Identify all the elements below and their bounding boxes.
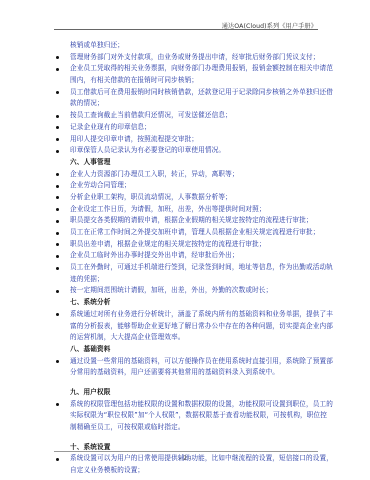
continuation-line: 围内，有相关借款的在报销时可同步核销； [54, 75, 320, 87]
bullet-icon [56, 196, 59, 199]
continuation-line: 分常用的基础资料，用户还需要将其他常用的基础资料录入到系统中。 [54, 367, 320, 379]
line-text: 员工在外勤时，可通过手机端进行签到，记录签到时间，地址等信息，作为出勤或活动轨 [70, 263, 333, 271]
bullet-item: 印章保管人员记录认为有必要登记的印章使用情况。 [54, 145, 320, 157]
bullet-icon [56, 220, 59, 223]
line-text: 款的情况； [70, 99, 104, 107]
bullet-item: 企业人力资源部门办理员工入职，转正，异动，离职等； [54, 169, 320, 181]
line-text: 员工借款后可在费用报销时同时核销借款，还款登记用于记录除同步核销之外单独归还借 [70, 88, 333, 96]
continuation-line: 制精确至员工，可按权限或临时指定。 [54, 422, 320, 434]
bullet-item: 系统的权限管理包括功能权限的设置和数据权限的设置，功能权限可设置到职位，员工的 [54, 399, 320, 411]
bullet-icon [56, 173, 59, 176]
line-text: 记录企业现有的印章信息； [70, 123, 151, 131]
bullet-icon [56, 68, 59, 71]
spacer [54, 379, 320, 387]
bullet-item: 职员出差申请，根据企业规定的相关规定按特定的流程进行审批； [54, 239, 320, 251]
line-text: 迹的凭据； [70, 275, 104, 283]
line-text: 核销或单独归还； [70, 41, 124, 49]
line-text: 实际权限为“职位权限”加“个人权限”，数据权限基于查看功能权限，可按机构，职位控 [70, 411, 327, 419]
line-text: 系统的权限管理包括功能权限的设置和数据权限的设置，功能权限可设置到职位，员工的 [70, 400, 333, 408]
line-text: 自定义业务模板的设置； [70, 466, 144, 474]
bullet-item: 管理财务部门对外支付款项，由业务或财务提出申请，经审批后财务部门凭议支付； [54, 52, 320, 64]
continuation-line: 实际权限为“职位权限”加“个人权限”，数据权限基于查看功能权限，可按机构，职位控 [54, 410, 320, 422]
section-heading: 九、用户权限 [54, 387, 320, 399]
bullet-icon [56, 150, 59, 153]
bullet-icon [56, 360, 59, 363]
continuation-line: 核销或单独归还； [54, 40, 320, 52]
header-rule [54, 29, 318, 30]
bullet-icon [56, 232, 59, 235]
bullet-icon [56, 56, 59, 59]
bullet-item: 员工在正常工作时间之外提交加班申请，管理人员根据企业相关规定流程进行审批； [54, 227, 320, 239]
line-text: 企业员工临时外出办事时提交外出申请，经审批后外出； [70, 251, 239, 259]
line-text: 通过设置一些常用的基础资料，可以方便操作员在使用系统时直接引用，系统除了预置部 [70, 357, 333, 365]
line-text: 围内，有相关借款的在报销时可同步核销； [70, 76, 198, 84]
section-heading: 八、基础资料 [54, 344, 320, 356]
line-text: 企业员工凭取得的相关业务票据，向财务部门办理费用报销，报销金额控制在相关申请范 [70, 64, 333, 72]
spacer [54, 434, 320, 442]
continuation-line: 富的分析报表，能够帮助企业更好地了解日常办公中存在的各种问题，切实提高企业内部 [54, 321, 320, 333]
line-text: 管理财务部门对外支付款项，由业务或财务提出申请，经审批后财务部门凭议支付； [70, 53, 320, 61]
line-text: 按一定期间范围统计请假，加班，出差，外出，外勤的次数或时长； [70, 286, 272, 294]
bullet-item: 系统通过对所有业务进行分析统计，涵盖了系统内所有的基础资料和业务单据，提供了丰 [54, 309, 320, 321]
line-text: 制精确至员工，可按权限或临时指定。 [70, 423, 185, 431]
continuation-line: 的运营机制，大大提高企业管理效率。 [54, 332, 320, 344]
bullet-item: 分析企业职工架构，职员流动情况，人事数据分析等； [54, 192, 320, 204]
footer-rule [54, 451, 318, 452]
line-text: 九、用户权限 [70, 388, 110, 396]
bullet-icon [56, 91, 59, 94]
bullet-item: 通过设置一些常用的基础资料，可以方便操作员在使用系统时直接引用，系统除了预置部 [54, 356, 320, 368]
bullet-item: 员工在外勤时，可通过手机端进行签到，记录签到时间，地址等信息，作为出勤或活动轨 [54, 262, 320, 274]
line-text: 系统通过对所有业务进行分析统计，涵盖了系统内所有的基础资料和业务单据，提供了丰 [70, 310, 333, 318]
section-heading: 七、系统分析 [54, 297, 320, 309]
continuation-line: 款的情况； [54, 98, 320, 110]
section-heading: 六、人事管理 [54, 157, 320, 169]
line-text: 按员工查询截止当前借款归还情况，可发送催还信息； [70, 111, 232, 119]
line-text: 企业设定工作日历，为请假，加班，出差，外出等提供时间对照； [70, 205, 266, 213]
line-text: 七、系统分析 [70, 298, 110, 306]
line-text: 员工在正常工作时间之外提交加班申请，管理人员根据企业相关规定流程进行审批； [70, 228, 320, 236]
line-text: 分析企业职工架构，职员流动情况，人事数据分析等； [70, 193, 232, 201]
bullet-icon [56, 138, 59, 141]
line-text: 八、基础资料 [70, 345, 110, 353]
bullet-item: 按员工查询截止当前借款归还情况，可发送催还信息； [54, 110, 320, 122]
continuation-line: 自定义业务模板的设置； [54, 465, 320, 477]
bullet-item: 按一定期间范围统计请假，加班，出差，外出，外勤的次数或时长； [54, 285, 320, 297]
line-text: 的运营机制，大大提高企业管理效率。 [70, 333, 185, 341]
bullet-item: 员工借款后可在费用报销时同时核销借款，还款登记用于记录除同步核销之外单独归还借 [54, 87, 320, 99]
continuation-line: 迹的凭据； [54, 274, 320, 286]
bullet-icon [56, 290, 59, 293]
bullet-item: 企业员工凭取得的相关业务票据，向财务部门办理费用报销，报销金额控制在相关申请范 [54, 63, 320, 75]
bullet-icon [56, 403, 59, 406]
bullet-item: 职员提交各类假期的请假申请，根据企业假期的相关规定按特定的流程进行审批； [54, 215, 320, 227]
bullet-icon [56, 208, 59, 211]
line-text: 企业劳动合同管理； [70, 181, 131, 189]
page-number: - 2 - [0, 455, 370, 462]
bullet-icon [56, 185, 59, 188]
bullet-item: 企业设定工作日历，为请假，加班，出差，外出等提供时间对照； [54, 204, 320, 216]
bullet-icon [56, 243, 59, 246]
bullet-item: 用印人提交印章申请，按照流程提交审批； [54, 134, 320, 146]
document-page: 通达OA(Cloud)系列《用户手册》 核销或单独归还；管理财务部门对外支付款项… [0, 0, 370, 480]
line-text: 职员提交各类假期的请假申请，根据企业假期的相关规定按特定的流程进行审批； [70, 216, 313, 224]
bullet-icon [56, 255, 59, 258]
line-text: 分常用的基础资料，用户还需要将其他常用的基础资料录入到系统中。 [70, 368, 279, 376]
page-body: 核销或单独归还；管理财务部门对外支付款项，由业务或财务提出申请，经审批后财务部门… [54, 40, 320, 477]
bullet-item: 记录企业现有的印章信息； [54, 122, 320, 134]
line-text: 十、系统设置 [70, 443, 110, 451]
line-text: 企业人力资源部门办理员工入职，转正，异动，离职等； [70, 170, 239, 178]
bullet-icon [56, 115, 59, 118]
line-text: 印章保管人员记录认为有必要登记的印章使用情况。 [70, 146, 225, 154]
bullet-item: 企业劳动合同管理； [54, 180, 320, 192]
line-text: 职员出差申请，根据企业规定的相关规定按特定的流程进行审批； [70, 240, 266, 248]
line-text: 用印人提交印章申请，按照流程提交审批； [70, 135, 198, 143]
line-text: 六、人事管理 [70, 158, 110, 166]
bullet-item: 企业员工临时外出办事时提交外出申请，经审批后外出； [54, 250, 320, 262]
bullet-icon [56, 267, 59, 270]
bullet-icon [56, 313, 59, 316]
bullet-icon [56, 126, 59, 129]
line-text: 富的分析报表，能够帮助企业更好地了解日常办公中存在的各种问题，切实提高企业内部 [70, 322, 333, 330]
